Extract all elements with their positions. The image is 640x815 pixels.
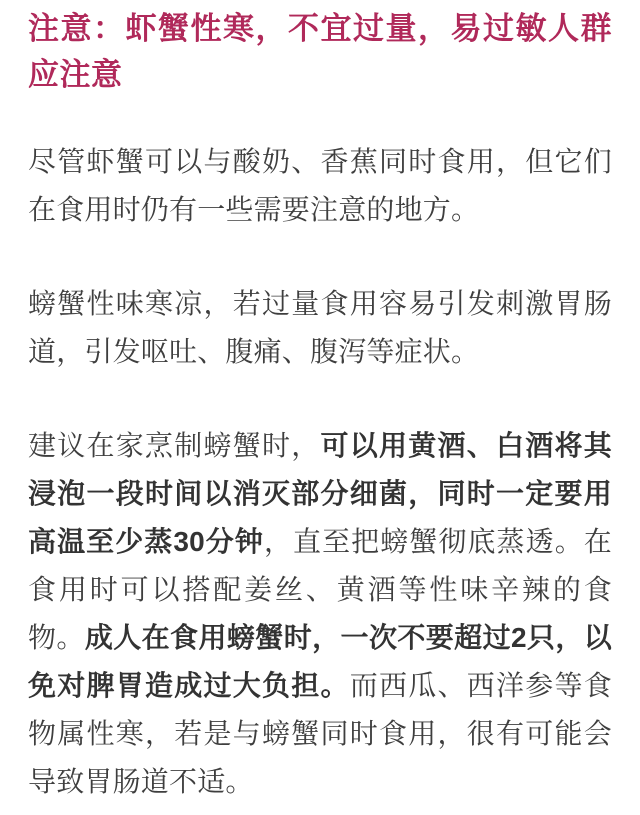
article-heading: 注意：虾蟹性寒，不宜过量，易过敏人群应注意 bbox=[28, 6, 612, 98]
article-page: 注意：虾蟹性寒，不宜过量，易过敏人群应注意 尽管虾蟹可以与酸奶、香蕉同时食用，但… bbox=[0, 0, 640, 815]
paragraph: 尽管虾蟹可以与酸奶、香蕉同时食用，但它们在食用时仍有一些需要注意的地方。 bbox=[28, 138, 612, 234]
paragraph-text-run: 尽管虾蟹可以与酸奶、香蕉同时食用，但它们在食用时仍有一些需要注意的地方。 bbox=[28, 146, 612, 225]
paragraph-text-run: 建议在家烹制螃蟹时， bbox=[28, 430, 321, 461]
paragraph: 建议在家烹制螃蟹时，可以用黄酒、白酒将其浸泡一段时间以消灭部分细菌，同时一定要用… bbox=[28, 422, 612, 806]
paragraph: 螃蟹性味寒凉，若过量食用容易引发刺激胃肠道，引发呕吐、腹痛、腹泻等症状。 bbox=[28, 280, 612, 376]
article-body: 尽管虾蟹可以与酸奶、香蕉同时食用，但它们在食用时仍有一些需要注意的地方。螃蟹性味… bbox=[28, 138, 612, 806]
paragraph-text-run: 螃蟹性味寒凉，若过量食用容易引发刺激胃肠道，引发呕吐、腹痛、腹泻等症状。 bbox=[28, 288, 612, 367]
